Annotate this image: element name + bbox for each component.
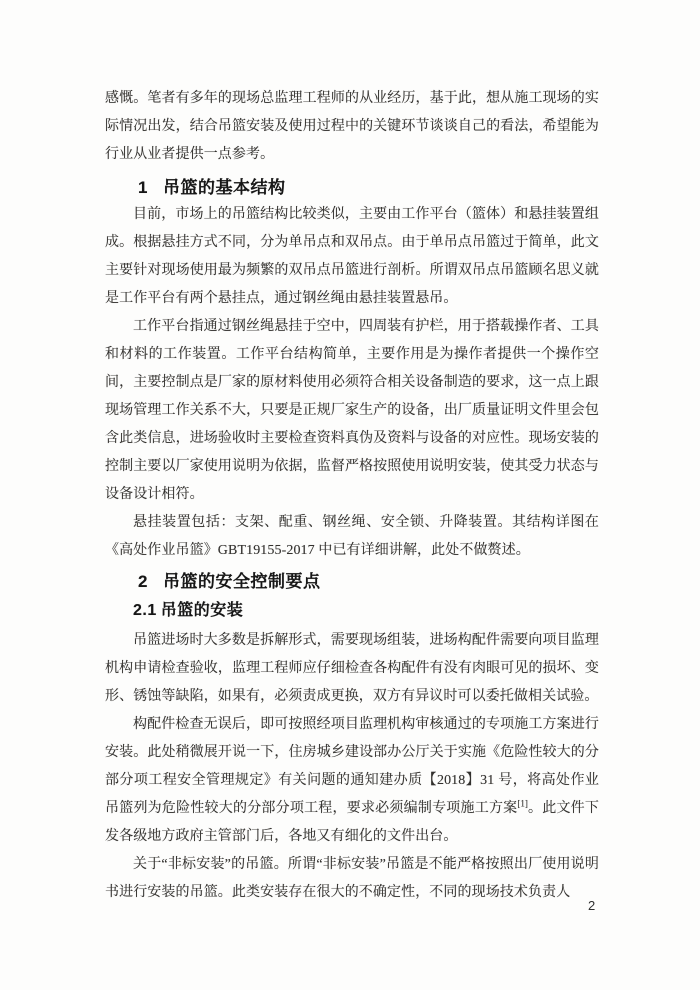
section-2-number: 2 [138, 572, 148, 591]
paragraph-nonstandard-install: 关于“非标安装”的吊篮。所谓“非标安装”吊篮是不能严格按照出厂使用说明书进行安装… [105, 851, 599, 907]
subsection-2-1-number: 2.1 [133, 602, 157, 619]
section-2-title: 吊篮的安全控制要点 [163, 572, 321, 591]
page-content: 感慨。笔者有多年的现场总监理工程师的从业经历，基于此，想从施工现场的实际情况出发… [105, 85, 599, 907]
section-heading-1: 1吊篮的基本结构 [105, 175, 599, 201]
paragraph-site-acceptance: 吊篮进场时大多数是拆解形式，需要现场组装，进场构配件需要向项目监理机构申请检查验… [105, 627, 599, 711]
subsection-2-1-title: 吊篮的安装 [161, 602, 244, 619]
section-1-title: 吊篮的基本结构 [163, 178, 286, 197]
paragraph-suspension-device: 悬挂装置包括：支架、配重、钢丝绳、安全锁、升降装置。其结构详图在《高处作业吊篮》… [105, 509, 599, 565]
document-page: 感慨。笔者有多年的现场总监理工程师的从业经历，基于此，想从施工现场的实际情况出发… [0, 0, 700, 990]
citation-marker: [1] [517, 798, 528, 808]
paragraph-structure-overview: 目前，市场上的吊篮结构比较类似，主要由工作平台（篮体）和悬挂装置组成。根据悬挂方… [105, 201, 599, 313]
paragraph-continuation: 感慨。笔者有多年的现场总监理工程师的从业经历，基于此，想从施工现场的实际情况出发… [105, 85, 599, 169]
section-heading-2: 2吊篮的安全控制要点 [105, 569, 599, 595]
subsection-heading-2-1: 2.1吊篮的安装 [105, 599, 599, 623]
section-1-number: 1 [138, 178, 148, 197]
paragraph-special-scheme: 构配件检查无误后，即可按照经项目监理机构审核通过的专项施工方案进行安装。此处稍微… [105, 711, 599, 851]
paragraph-work-platform: 工作平台指通过钢丝绳悬挂于空中，四周装有护栏，用于搭载操作者、工具和材料的工作装… [105, 313, 599, 509]
page-number: 2 [588, 898, 595, 913]
